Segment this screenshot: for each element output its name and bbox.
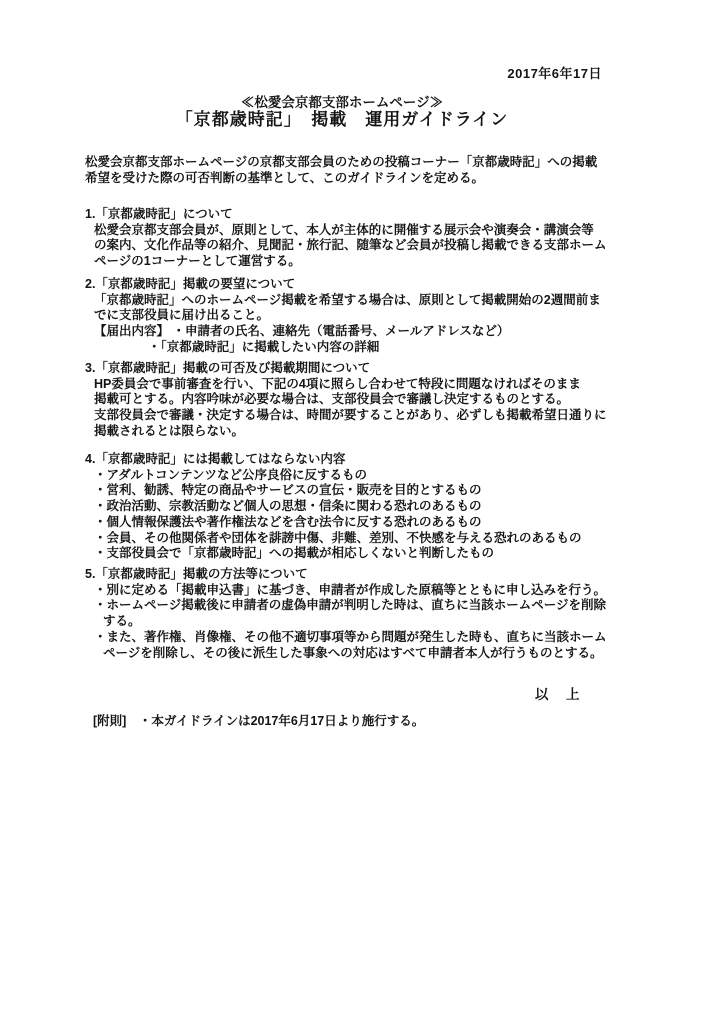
section-line: ・また、著作権、肖像権、その他不適切事項等から問題が発生した時も、直ちに当該ホー… (85, 630, 607, 646)
section-line: ・支部役員会で「京都歳時記」への掲載が相応しくないと判断したもの (85, 546, 582, 562)
section-heading: 5.「京都歳時記」掲載の方法等について (85, 567, 607, 583)
section-line: ページの1コーナーとして運営する。 (85, 254, 607, 270)
section-line: 掲載可とする。内容吟味が必要な場合は、支部役員会で審議し決定するものとする。 (85, 392, 607, 408)
closing-mark: 以 上 (535, 683, 582, 703)
guideline-document-page: 2017年6年17日 ≪松愛会京都支部ホームページ≫ 「京都歳時記」 掲載 運用… (0, 0, 724, 1024)
section-line: ページを削除し、その後に派生した事象への対応はすべて申請者本人が行うものとする。 (85, 646, 607, 662)
section-heading: 1.「京都歳時記」について (85, 207, 607, 223)
document-date: 2017年6年17日 (507, 63, 602, 82)
document-title: 「京都歳時記」 掲載 運用ガイドライン (0, 105, 684, 130)
section-line: ・個人情報保護法や著作権法などを含む法令に反する恐れのあるもの (85, 515, 582, 531)
section-4: 4.「京都歳時記」には掲載してはならない内容・アダルトコンテンツなど公序良俗に反… (85, 452, 582, 562)
section-line: 掲載されるとは限らない。 (85, 424, 607, 440)
section-1: 1.「京都歳時記」について松愛会京都支部会員が、原則として、本人が主体的に開催す… (85, 207, 607, 270)
section-2: 2.「京都歳時記」掲載の要望について「京都歳時記」へのホームページ掲載を希望する… (85, 277, 601, 356)
section-line: 【届出内容】 ・申請者の氏名、連絡先（電話番号、メールアドレスなど） (85, 324, 601, 340)
intro-line: 希望を受けた際の可否判断の基準として、このガイドラインを定める。 (85, 170, 597, 186)
section-line: ・政治活動、宗教活動など個人の思想・信条に関わる恐れのあるもの (85, 499, 582, 515)
section-line: する。 (85, 614, 607, 630)
section-line: ・営利、勧誘、特定の商品やサービスの宣伝・販売を目的とするもの (85, 483, 582, 499)
section-heading: 2.「京都歳時記」掲載の要望について (85, 277, 601, 293)
section-line: ・「京都歳時記」に掲載したい内容の詳細 (85, 340, 601, 356)
section-line: の案内、文化作品等の紹介、見聞記・旅行記、随筆など会員が投稿し掲載できる支部ホー… (85, 238, 607, 254)
section-line: 支部役員会で審議・決定する場合は、時間が要することがあり、必ずしも掲載希望日通り… (85, 408, 607, 424)
section-line: でに支部役員に届け出ること。 (85, 308, 601, 324)
intro-line: 松愛会京都支部ホームページの京都支部会員のための投稿コーナー「京都歳時記」への掲… (85, 154, 597, 170)
section-heading: 4.「京都歳時記」には掲載してはならない内容 (85, 452, 582, 468)
intro-paragraph: 松愛会京都支部ホームページの京都支部会員のための投稿コーナー「京都歳時記」への掲… (85, 154, 597, 186)
section-line: 「京都歳時記」へのホームページ掲載を希望する場合は、原則として掲載開始の2週間前… (85, 293, 601, 309)
section-line: 松愛会京都支部会員が、原則として、本人が主体的に開催する展示会や演奏会・講演会等 (85, 223, 607, 239)
section-line: ・会員、その他関係者や団体を誹謗中傷、非難、差別、不快感を与える恐れのあるもの (85, 531, 582, 547)
section-3: 3.「京都歳時記」掲載の可否及び掲載期間についてHP委員会で事前審査を行い、下記… (85, 361, 607, 440)
section-heading: 3.「京都歳時記」掲載の可否及び掲載期間について (85, 361, 607, 377)
section-line: ・アダルトコンテンツなど公序良俗に反するもの (85, 468, 582, 484)
appendix-note: [附則] ・本ガイドラインは2017年6月17日より施行する。 (93, 711, 424, 729)
section-5: 5.「京都歳時記」掲載の方法等について・別に定める「掲載申込書」に基づき、申請者… (85, 567, 607, 661)
section-line: ・別に定める「掲載申込書」に基づき、申請者が作成した原稿等とともに申し込みを行う… (85, 583, 607, 599)
section-line: ・ホームページ掲載後に申請者の虚偽申請が判明した時は、直ちに当該ホームページを削… (85, 598, 607, 614)
section-line: HP委員会で事前審査を行い、下記の4項に照らし合わせて特段に問題なければそのまま (85, 377, 607, 393)
